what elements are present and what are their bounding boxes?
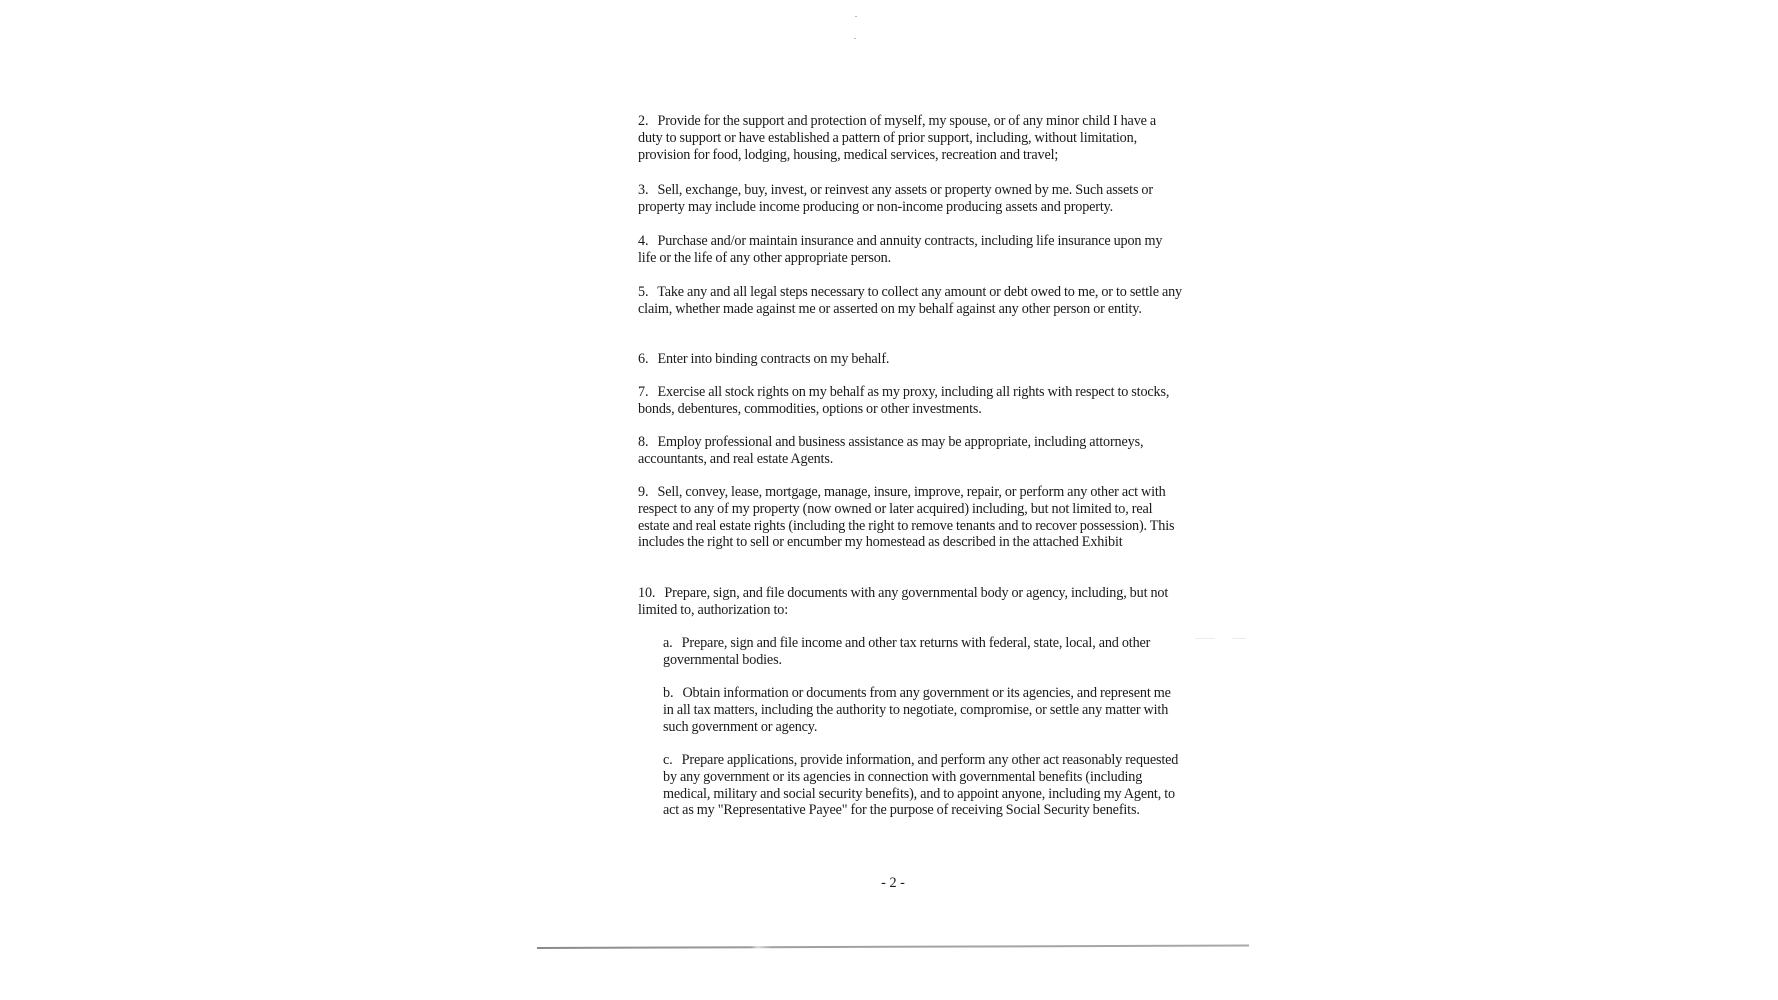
subparagraph-c: c. Prepare applications, provide informa… bbox=[663, 752, 1183, 819]
paragraph-number: 2. bbox=[638, 113, 648, 129]
paragraph-8: 8. Employ professional and business assi… bbox=[638, 434, 1183, 468]
paragraph-7: 7. Exercise all stock rights on my behal… bbox=[638, 384, 1183, 418]
paragraph-4: 4. Purchase and/or maintain insurance an… bbox=[638, 233, 1183, 267]
paragraph-9: 9. Sell, convey, lease, mortgage, manage… bbox=[638, 484, 1183, 551]
paragraph-text: Prepare, sign, and file documents with a… bbox=[638, 585, 1168, 618]
paragraph-text: Enter into binding contracts on my behal… bbox=[657, 351, 889, 367]
paragraph-number: 3. bbox=[638, 182, 648, 198]
paragraph-10: 10. Prepare, sign, and file documents wi… bbox=[638, 585, 1183, 619]
paragraph-number: 5. bbox=[638, 284, 648, 300]
subparagraph-b: b. Obtain information or documents from … bbox=[663, 685, 1183, 735]
subparagraph-text: Prepare applications, provide informatio… bbox=[663, 752, 1178, 818]
page-number: - 2 - bbox=[860, 875, 926, 892]
paragraph-number: 10. bbox=[638, 585, 655, 601]
paragraph-number: 7. bbox=[638, 384, 648, 400]
paragraph-6: 6. Enter into binding contracts on my be… bbox=[638, 351, 1183, 368]
paragraph-3: 3. Sell, exchange, buy, invest, or reinv… bbox=[638, 182, 1183, 216]
paragraph-number: 8. bbox=[638, 434, 648, 450]
paragraph-text: Purchase and/or maintain insurance and a… bbox=[638, 233, 1162, 266]
subparagraph-letter: a. bbox=[663, 635, 673, 651]
paragraph-text: Provide for the support and protection o… bbox=[638, 113, 1156, 163]
subparagraph-a: a. Prepare, sign and file income and oth… bbox=[663, 635, 1183, 669]
document-page: 2. Provide for the support and protectio… bbox=[0, 0, 1778, 1000]
page-bottom-rule bbox=[537, 945, 1249, 949]
scan-artifact bbox=[1232, 638, 1246, 639]
scan-speck bbox=[855, 16, 857, 17]
scan-speck bbox=[854, 38, 856, 39]
subparagraph-text: Prepare, sign and file income and other … bbox=[663, 635, 1150, 668]
paragraph-text: Take any and all legal steps necessary t… bbox=[638, 284, 1182, 317]
paragraph-2: 2. Provide for the support and protectio… bbox=[638, 113, 1183, 163]
paragraph-text: Exercise all stock rights on my behalf a… bbox=[638, 384, 1169, 417]
paragraph-text: Sell, convey, lease, mortgage, manage, i… bbox=[638, 484, 1174, 550]
paragraph-number: 9. bbox=[638, 484, 648, 500]
subparagraph-letter: b. bbox=[663, 685, 673, 701]
paragraph-number: 6. bbox=[638, 351, 648, 367]
scan-artifact bbox=[1195, 638, 1215, 639]
paragraph-text: Employ professional and business assista… bbox=[638, 434, 1143, 467]
subparagraph-letter: c. bbox=[663, 752, 673, 768]
paragraph-text: Sell, exchange, buy, invest, or reinvest… bbox=[638, 182, 1153, 215]
paragraph-5: 5. Take any and all legal steps necessar… bbox=[638, 284, 1183, 318]
subparagraph-text: Obtain information or documents from any… bbox=[663, 685, 1171, 735]
paragraph-number: 4. bbox=[638, 233, 648, 249]
